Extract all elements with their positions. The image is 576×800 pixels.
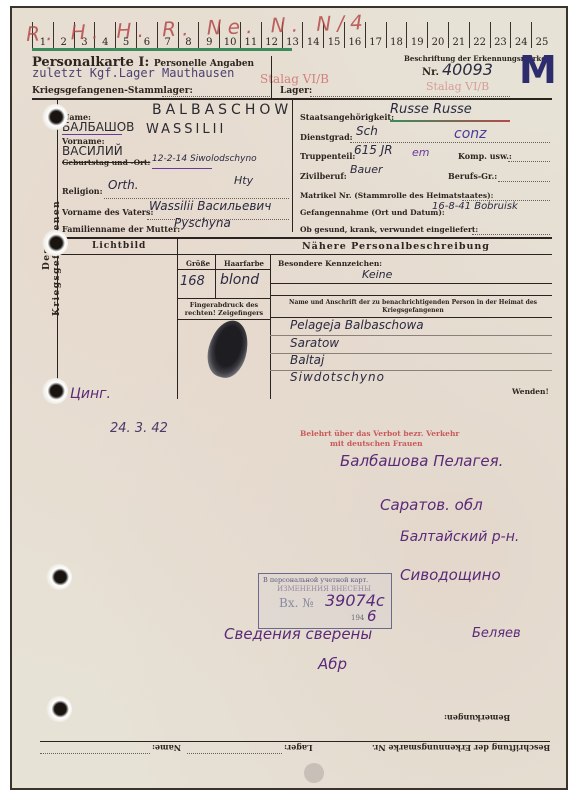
groesse-value: 168 [180,274,205,289]
initials: Абр [318,655,347,673]
gefangen-value: 16-8-41 Bobruisk [432,201,518,212]
dienst-value: Sch [356,124,378,138]
kontakt-line-2: Saratow [290,336,339,350]
footer-name-line [40,753,150,754]
geburt-label: Geburtstag und -Ort: [62,158,150,167]
nr-value: 40093 [442,60,493,79]
kennzeichen-value: Keine [362,268,392,281]
number-cell: 20 [427,22,448,48]
kennz-rule-2 [270,295,552,296]
truppen-label: Truppenteil: [300,151,355,161]
mutter-label: Familienname der Mutter: [62,224,180,234]
red-stamp-line2: mit deutschen Frauen [330,439,423,448]
description-header: Nähere Personalbeschreibung [302,241,490,252]
number-cell: 18 [386,22,407,48]
dienst-extra: conz [454,126,486,142]
religion-value: Orth. [108,178,139,192]
staat-label: Staatsangehörigkeit: [300,112,394,122]
punch-hole [46,696,72,722]
divider [271,56,272,98]
number-cell: 21 [448,22,469,48]
stammlager-line [162,96,270,97]
footer-tag-label: Beschriftung der Erkennungsmarke Nr. [372,743,550,753]
cyr-line-3: Балтайский р-н. [400,529,519,545]
komp-label: Komp. usw.: [458,151,512,161]
footer-rule [40,741,550,742]
matrikel-label: Matrikel Nr. (Stammrolle des Heimatstaat… [300,191,493,200]
mid-rule [57,237,552,239]
berufs-label: Berufs-Gr.: [448,171,497,181]
signature-bottom: Сведения сверены [224,625,372,643]
stamp-year-prefix: 194 [351,614,364,622]
truppen-value: 615 JR [354,143,393,157]
date-left: 24. 3. 42 [110,421,168,436]
kontakt-line-4: Siwdotschyno [290,370,385,384]
fingerprint [202,316,254,382]
punch-hole [42,378,68,404]
vorname-value: WASSILII [146,122,226,137]
footer-lager-line [187,753,282,754]
green-rule [32,48,292,51]
stamp-year-suffix: 6 [367,607,377,625]
lichtbild-label: Lichtbild [92,241,146,251]
lager-stamp: Stalag VI/B [426,80,489,93]
cyr-line-1: Балбашова Пелагея. [340,452,503,470]
staat-underline [390,120,510,122]
kontakt-label: Name und Anschrift der zu benachrichtige… [280,299,546,315]
cyr-line-4: Сиводощино [400,566,501,584]
kontakt-line-3: Baltaj [290,353,324,367]
blue-ink-mark: M [519,43,549,98]
dienst-label: Dienstgrad: [300,132,353,142]
truppen-extra: em [412,146,429,159]
footer-lager-label: Lager: [284,743,313,753]
size-rule [177,269,270,270]
name-value: BALBASCHOW [152,102,292,118]
name-cyrillic: БАЛБАШОВ [62,120,134,134]
name-underline [62,134,122,135]
kennz-rule [270,283,552,284]
kontakt-line-1: Pelageja Balbaschowa [290,318,424,332]
staat-value: Russe Russe [390,102,472,117]
wenden-label: Wenden! [512,387,549,396]
stamp-in-label: Вх. № [279,596,314,610]
gefangen-label: Gefangennahme (Ort und Datum): [300,208,445,217]
cyr-line-2: Саратов. обл [380,496,483,514]
gesund-line [472,234,550,235]
lager-line [310,96,510,97]
mutter-value: Pyschyna [174,216,231,230]
geburt-underline [152,168,212,169]
side-label: Des Kriegsgefangenen [42,188,56,328]
gesund-label: Ob gesund, krank, verwundet eingeliefert… [300,225,478,234]
number-cell: 19 [406,22,427,48]
signature-right: Беляев [472,626,521,641]
finger-rule [177,319,270,320]
stammlager-label: Kriegsgefangenen-Stammlager: [32,86,193,96]
haar-label: Haarfarbe [224,259,264,268]
komp-line [508,161,550,162]
typed-camp: zuletzt Kgf.Lager Mauthausen [32,66,234,80]
geburt-value: 12-2-14 Siwolodschyno [152,154,257,164]
signature-left: Цинг. [70,386,111,402]
photo-area [60,258,174,388]
zivil-value: Bauer [350,163,383,176]
religion-label: Religion: [62,186,103,196]
column-divider [292,100,293,232]
lichtbild-rule [57,254,177,255]
groesse-label: Größe [186,259,210,268]
vorname-cyrillic: ВАСИЛИЙ [62,144,123,158]
zivil-label: Zivilberuf: [300,171,347,181]
soviet-stamp: В персональной учетной карт. ИЗМЕНЕНИЯ В… [258,573,392,629]
vater-label: Vorname des Vaters: [62,207,153,217]
number-cell: 23 [490,22,511,48]
desc-rule [177,254,552,255]
number-cell: 22 [469,22,490,48]
personnel-card: 1234567891011121314151617181920212223242… [10,6,568,790]
religion-note: Hty [234,174,253,187]
punch-hole [42,104,68,130]
footer-name-label: Name: [152,743,181,753]
berufs-line [498,181,550,182]
nr-label: Nr. [422,67,439,78]
desc-divider [270,254,271,399]
punch-hole [42,230,68,256]
stain [304,763,324,783]
haar-value: blond [220,272,259,288]
punch-hole [46,564,72,590]
lager-label: Lager: [280,86,312,96]
stamp-line1: В персональной учетной карт. [263,576,368,584]
bemerkungen-label: Bemerkungen: [444,713,510,723]
size-divider [215,254,216,298]
haar-rule [177,298,270,299]
red-stamp-line1: Belehrt über das Verbot bezr. Verkehr [300,429,459,438]
finger-label: Fingerabdruck des rechten! Zeigefingers [180,301,268,317]
vater-value: Wassilii Васильевич [149,199,271,213]
kennzeichen-label: Besondere Kennzeichen: [278,259,382,268]
